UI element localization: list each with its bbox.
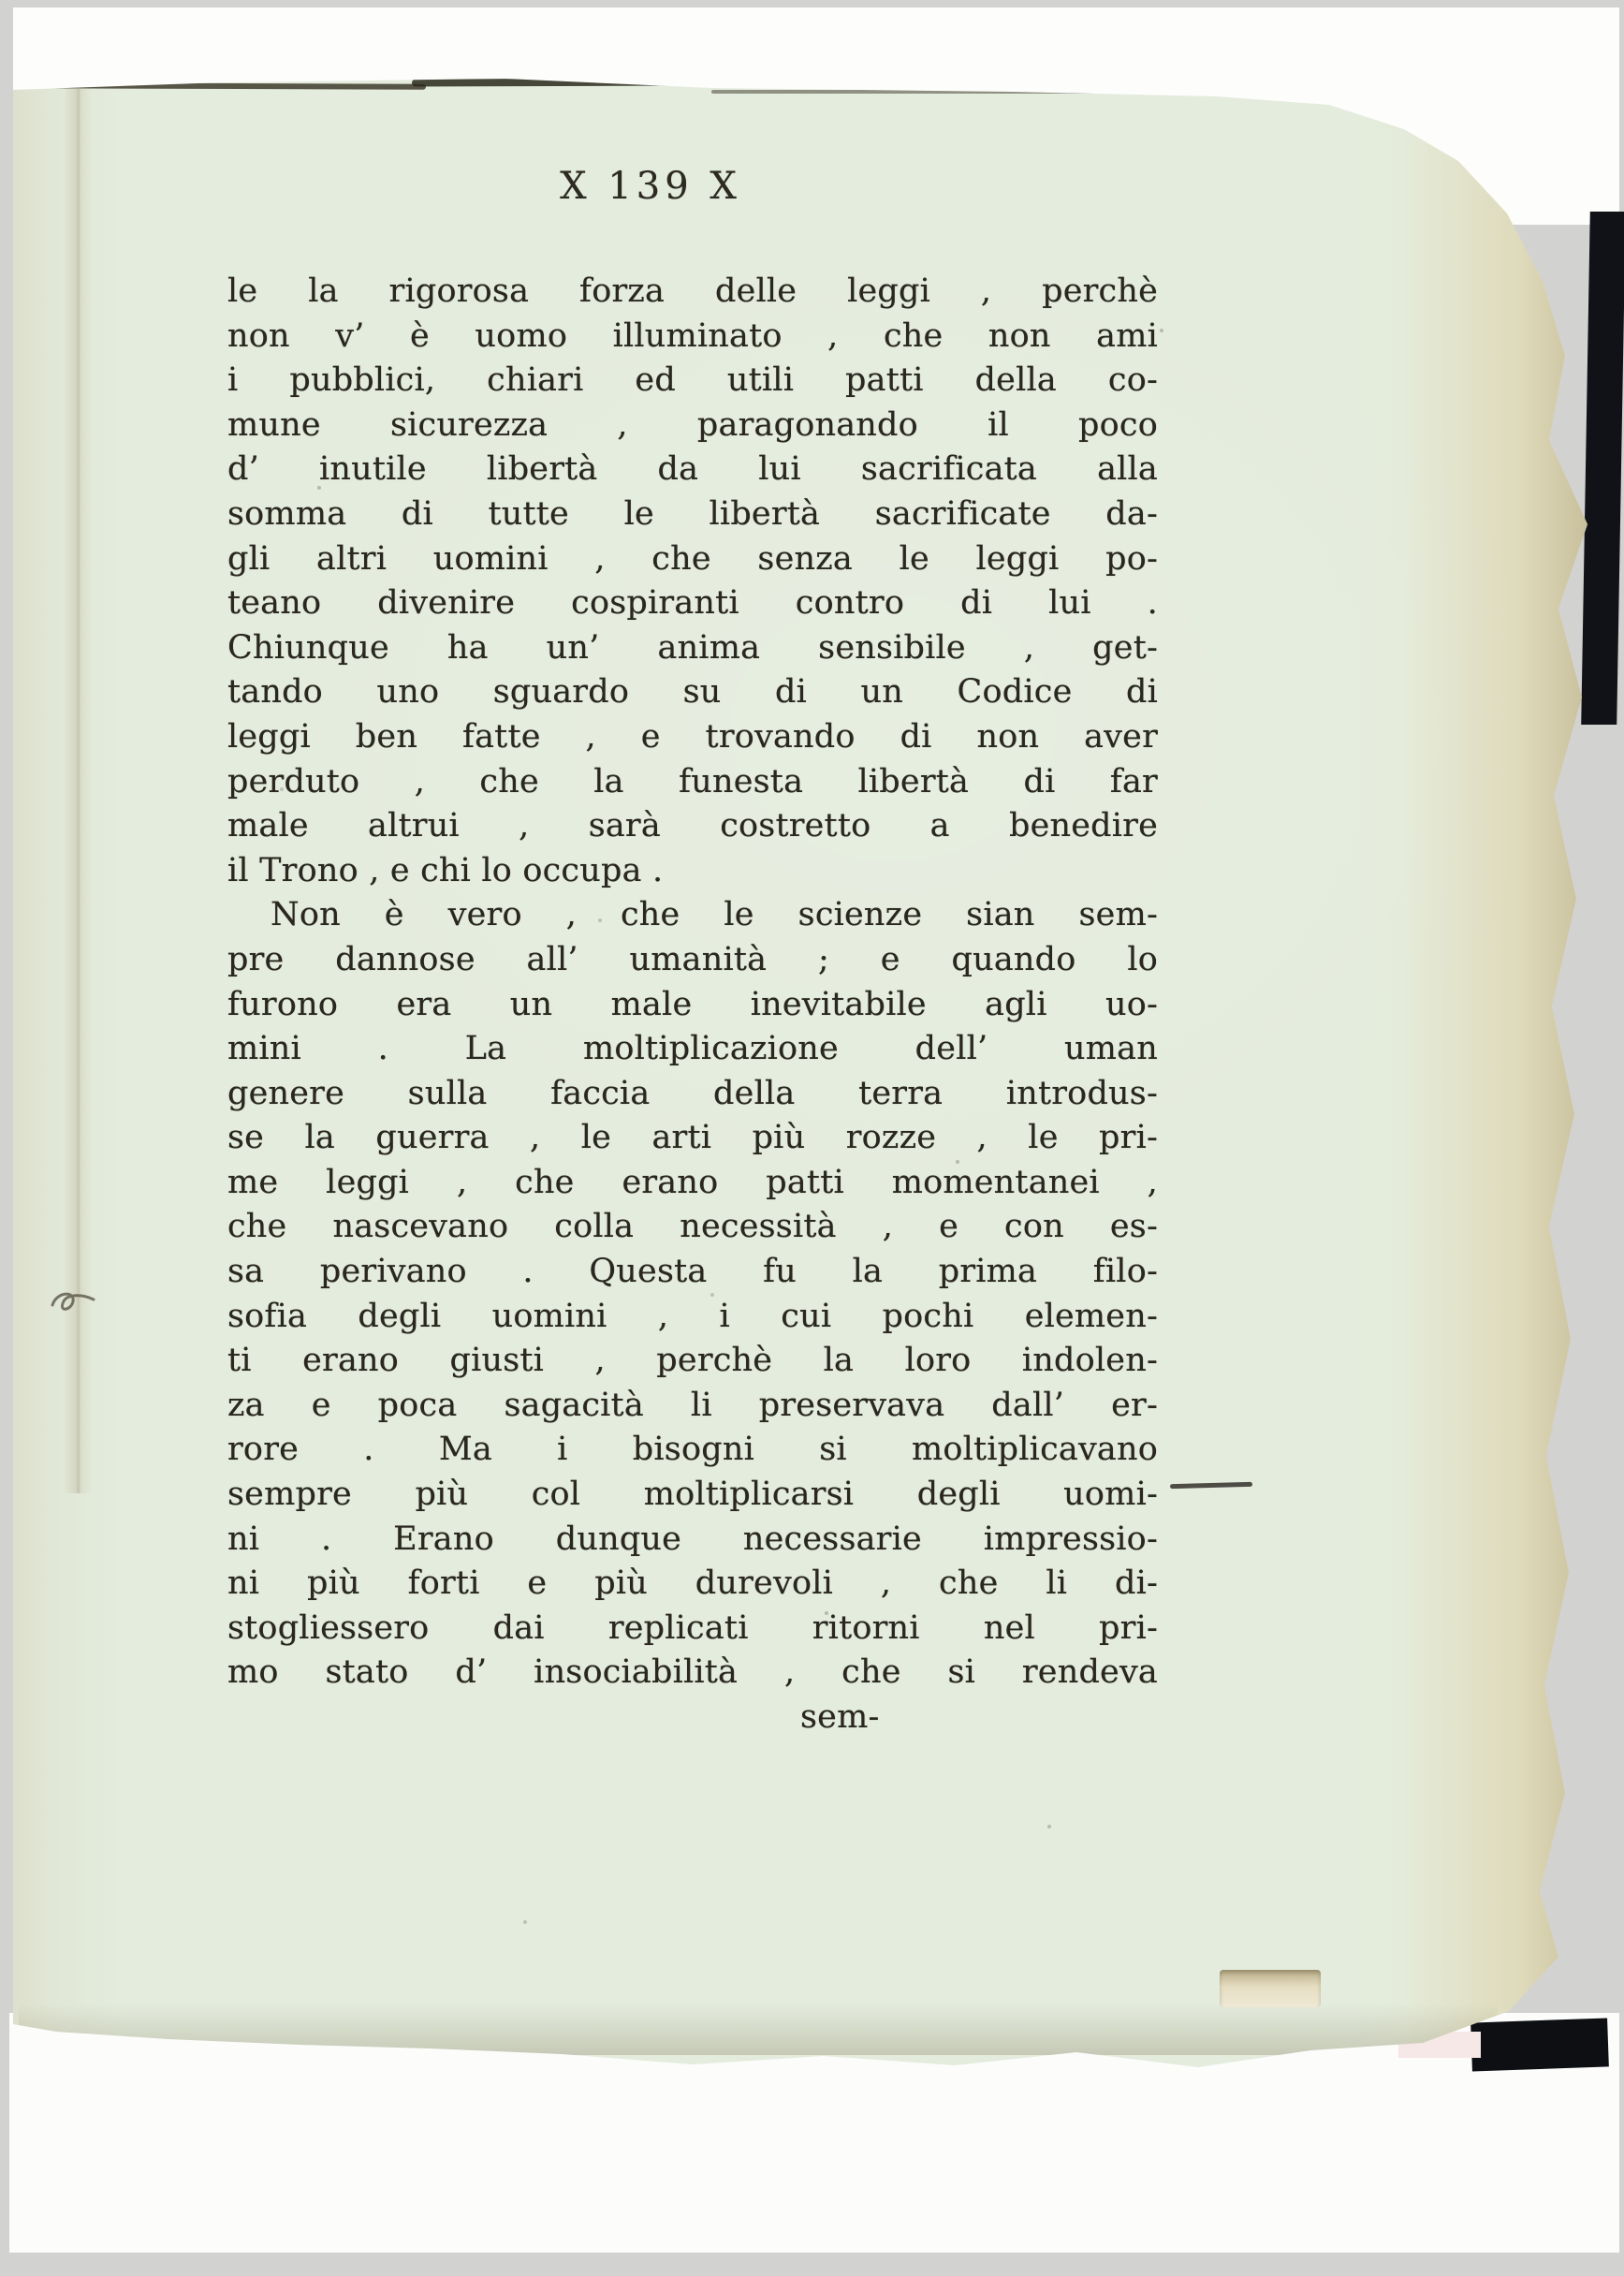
text-line: male altrui , sarà costretto a benedire [227, 804, 1158, 849]
text-line: i pubblici, chiari ed utili patti della … [227, 359, 1158, 404]
page-number-header: X 139 X [229, 165, 1072, 208]
text-line: Chiunque ha un’ anima sensibile , get- [227, 626, 1158, 671]
text-line: mune sicurezza , paragonando il poco [227, 404, 1158, 448]
text-line: rore . Ma i bisogni si moltiplicavano [227, 1428, 1158, 1473]
scanned-book-page-photo: X 139 X le la rigorosa forza delle leggi… [0, 0, 1624, 2276]
gutter-crease [64, 89, 92, 1493]
text-line: genere sulla faccia della terra introdus… [227, 1072, 1158, 1117]
paper-speckles [0, 0, 2, 2]
text-line: ti erano giusti , perchè la loro indolen… [227, 1339, 1158, 1384]
catchword: sem- [227, 1698, 880, 1736]
text-line: se la guerra , le arti più rozze , le pr… [227, 1116, 1158, 1161]
text-line: non v’ è uomo illuminato , che non ami [227, 315, 1158, 360]
text-line: le la rigorosa forza delle leggi , perch… [227, 270, 1158, 315]
text-line: d’ inutile libertà da lui sacrificata al… [227, 448, 1158, 492]
text-line: somma di tutte le libertà sacrificate da… [227, 492, 1158, 537]
body-text: le la rigorosa forza delle leggi , perch… [227, 270, 1158, 1740]
backdrop-black-upper-right [1581, 212, 1624, 725]
text-line: za e poca sagacità li preservava dall’ e… [227, 1384, 1158, 1429]
torn-right-edge [1404, 82, 1615, 2067]
text-line: tando uno sguardo su di un Codice di [227, 670, 1158, 715]
text-line: ni più forti e più durevoli , che li di- [227, 1562, 1158, 1607]
text-line: leggi ben fatte , e trovando di non aver [227, 715, 1158, 760]
text-line: pre dannose all’ umanità ; e quando lo [227, 938, 1158, 983]
text-line: mini . La moltiplicazione dell’ uman [227, 1027, 1158, 1072]
text-line: perduto , che la funesta libertà di far [227, 760, 1158, 805]
text-line: sofia degli uomini , i cui pochi elemen- [227, 1295, 1158, 1340]
text-line: me leggi , che erano patti momentanei , [227, 1161, 1158, 1206]
text-line: stogliessero dai replicati ritorni nel p… [227, 1607, 1158, 1652]
ink-squiggle-mark [49, 1285, 99, 1324]
text-line: teano divenire cospiranti contro di lui … [227, 581, 1158, 626]
book-page: X 139 X le la rigorosa forza delle leggi… [0, 0, 1624, 2276]
text-line: furono era un male inevitabile agli uo- [227, 983, 1158, 1028]
text-line: il Trono , e chi lo occupa . [227, 849, 1158, 894]
text-line: ni . Erano dunque necessarie impressio- [227, 1518, 1158, 1563]
text-line-paragraph-start: Non è vero , che le scienze sian sem- [227, 893, 1158, 938]
text-line: mo stato d’ insociabilità , che si rende… [227, 1651, 1158, 1696]
paper-damage-patch [1220, 1970, 1321, 2007]
text-line: gli altri uomini , che senza le leggi po… [227, 537, 1158, 582]
text-line: che nascevano colla necessità , e con es… [227, 1205, 1158, 1250]
text-line: sempre più col moltiplicarsi degli uomi- [227, 1473, 1158, 1518]
text-line: sa perivano . Questa fu la prima filo- [227, 1250, 1158, 1295]
catchword-line: sem- [227, 1696, 1158, 1740]
backdrop-black-lower-right [1470, 2018, 1609, 2071]
